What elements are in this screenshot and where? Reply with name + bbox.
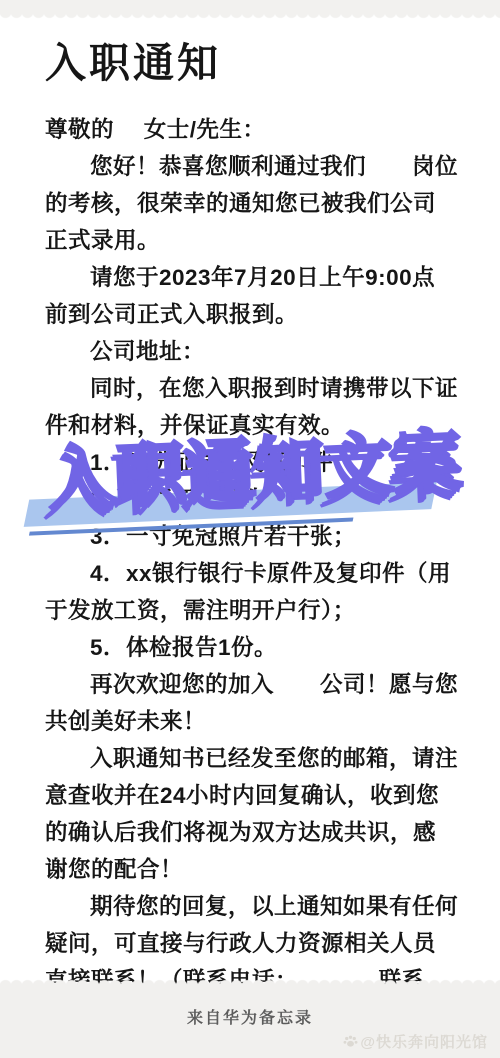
salutation-line: 尊敬的 女士/先生： bbox=[45, 111, 458, 148]
banner-text: 入职通知文案 bbox=[47, 415, 465, 528]
paragraph-report-date: 请您于2023年7月20日上午9:00点前到公司正式入职报到。 bbox=[45, 259, 458, 333]
page-title: 入职通知 bbox=[45, 40, 458, 87]
watermark-handle: @快乐奔向阳光馆 bbox=[360, 1031, 488, 1052]
memo-footer: 来自华为备忘录 @快乐奔向阳光馆 bbox=[0, 985, 500, 1058]
list-item-4: 4．xx银行银行卡原件及复印件（用于发放工资，需注明开户行）； bbox=[45, 555, 458, 629]
memo-source-label: 来自华为备忘录 bbox=[0, 1005, 500, 1028]
paragraph-email-confirmation: 入职通知书已经发至您的邮箱，请注意查收并在24小时内回复确认，收到您的确认后我们… bbox=[45, 740, 458, 888]
author-watermark: @快乐奔向阳光馆 bbox=[343, 1031, 488, 1052]
torn-edge-top bbox=[0, 0, 500, 12]
paw-icon bbox=[343, 1034, 358, 1049]
paragraph-welcome: 再次欢迎您的加入 公司！愿与您共创美好未来！ bbox=[45, 666, 458, 740]
list-item-5: 5．体检报告1份。 bbox=[45, 629, 458, 666]
paragraph-congratulations: 您好！恭喜您顺利通过我们 岗位的考核，很荣幸的通知您已被我们公司正式录用。 bbox=[45, 148, 458, 259]
paragraph-company-address: 公司地址： bbox=[45, 333, 458, 370]
title-banner: 入职通知文案 bbox=[0, 427, 500, 569]
